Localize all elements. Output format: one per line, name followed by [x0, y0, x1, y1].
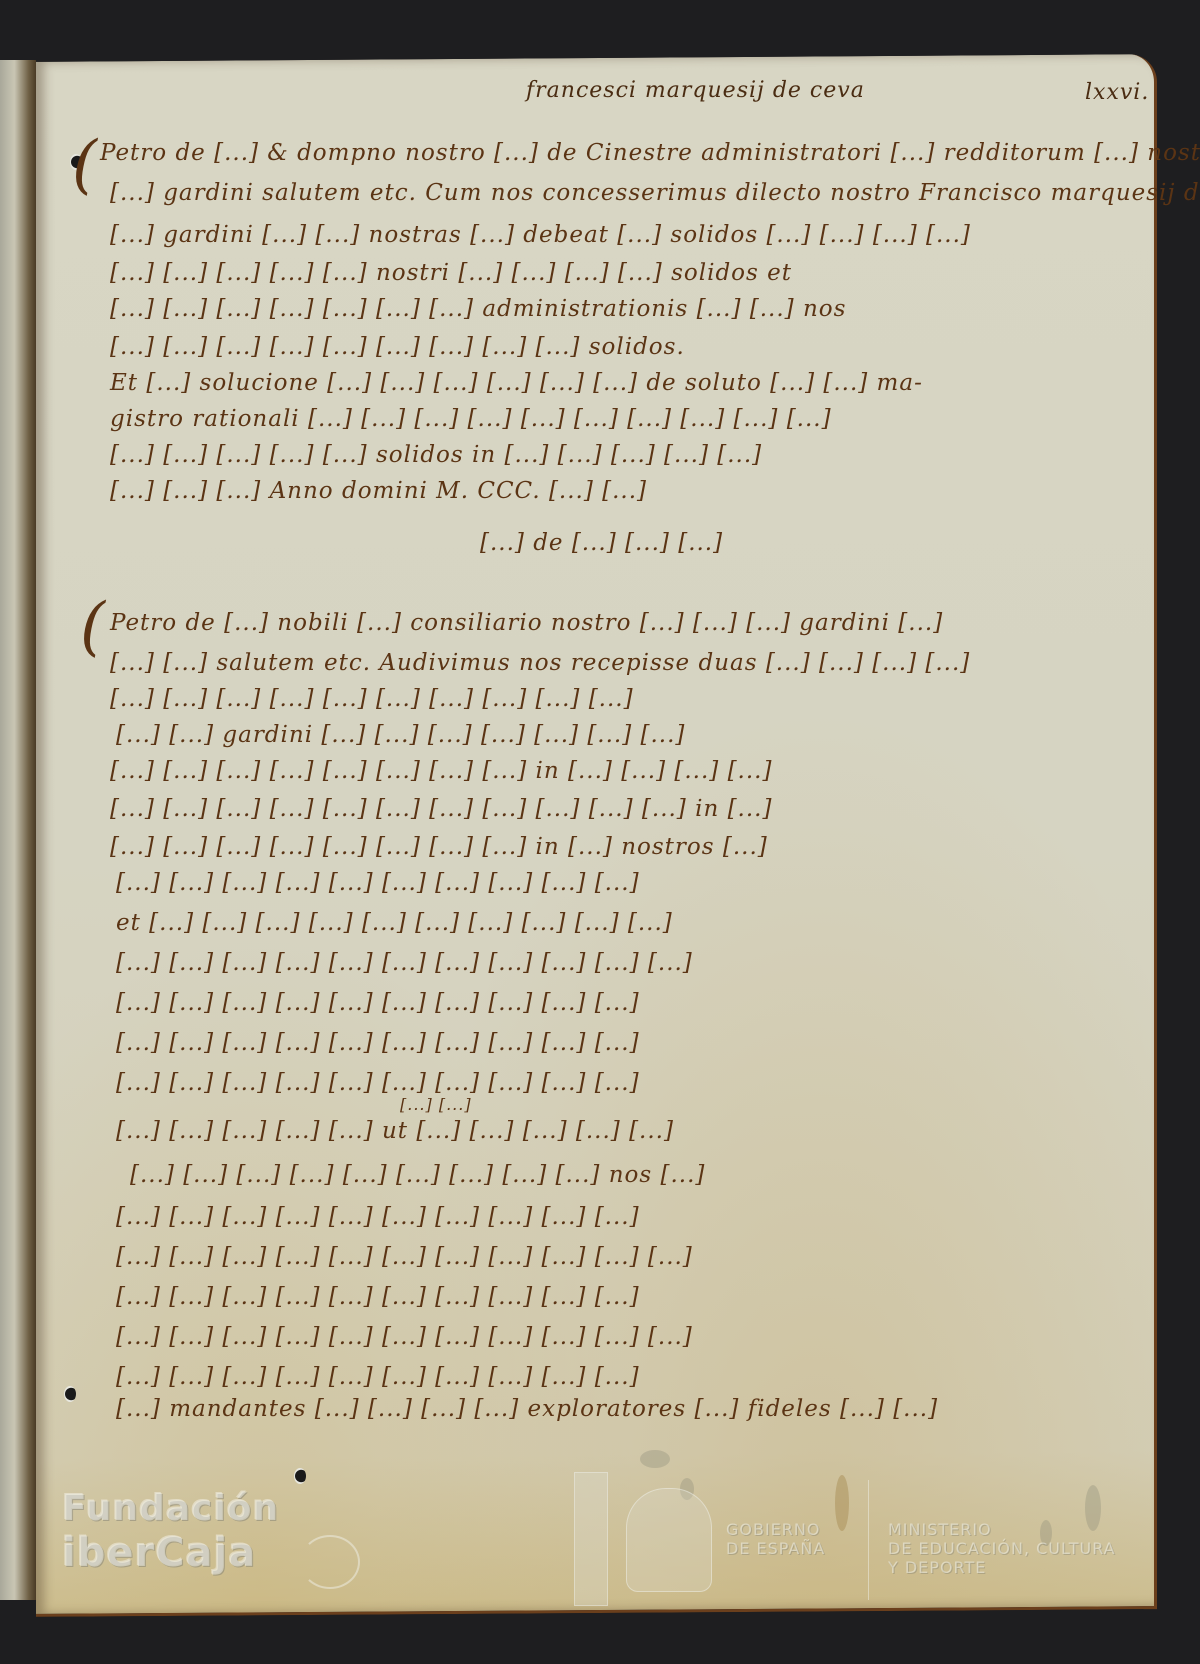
ibercaja-logo-icon	[300, 1535, 360, 1589]
entry2-line: [...] [...] [...] [...] [...] [...] [...…	[130, 1162, 705, 1188]
entry2-line: [...] [...] [...] [...] [...] [...] [...…	[116, 870, 640, 896]
entry2-line: [...] [...] [...] [...] [...] [...] [...…	[110, 686, 634, 712]
entry2-line: [...] [...] [...] [...] [...] [...] [...…	[116, 1030, 640, 1056]
interlinear-note: [...] [...]	[400, 1095, 472, 1114]
entry2-line: [...] [...] [...] [...] [...] [...] [...…	[110, 758, 772, 784]
gobierno-line2: DE ESPAÑA	[726, 1539, 825, 1558]
entry2-line: [...] [...] [...] [...] [...] [...] [...…	[116, 950, 693, 976]
initial-capital: (	[80, 590, 105, 664]
entry2-line: [...] [...] [...] [...] [...] [...] [...…	[110, 796, 772, 822]
entry1-signature: [...] de [...] [...] [...]	[480, 530, 723, 556]
gobierno-watermark: GOBIERNO DE ESPAÑA	[726, 1520, 825, 1558]
ministerio-watermark: MINISTERIO DE EDUCACIÓN, CULTURA Y DEPOR…	[888, 1520, 1116, 1577]
binding-hole	[294, 1468, 306, 1484]
binding-hole	[64, 1386, 76, 1402]
ministerio-line3: Y DEPORTE	[888, 1558, 1116, 1577]
entry2-line: [...] [...] [...] [...] [...] [...] [...…	[116, 1070, 640, 1096]
entry1-line: gistro rationali [...] [...] [...] [...]…	[110, 406, 832, 432]
entry1-line: Et [...] solucione [...] [...] [...] [..…	[110, 370, 923, 396]
entry2-line: [...] [...] [...] [...] [...] ut [...] […	[116, 1118, 674, 1144]
gobierno-line1: GOBIERNO	[726, 1520, 825, 1539]
entry1-line: [...] gardini salutem etc. Cum nos conce…	[110, 180, 1200, 206]
entry1-line: [...] [...] [...] Anno domini M. CCC. [.…	[110, 478, 647, 504]
fundacion-ibercaja-watermark-line2: iberCaja	[62, 1530, 256, 1576]
entry2-line: [...] mandantes [...] [...] [...] [...] …	[116, 1396, 938, 1422]
entry1-line: [...] [...] [...] [...] [...] nostri [..…	[110, 260, 792, 286]
entry2-line: [...] [...] [...] [...] [...] [...] [...…	[116, 1364, 640, 1390]
entry2-line: [...] [...] salutem etc. Audivimus nos r…	[110, 650, 970, 676]
entry2-line: [...] [...] [...] [...] [...] [...] [...…	[116, 1324, 693, 1350]
entry2-line: [...] [...] [...] [...] [...] [...] [...…	[116, 1284, 640, 1310]
spain-coat-of-arms-icon	[626, 1488, 712, 1592]
entry1-line: [...] gardini [...] [...] nostras [...] …	[110, 222, 971, 248]
spain-flag-stripe-icon	[574, 1472, 608, 1606]
entry2-line: [...] [...] [...] [...] [...] [...] [...…	[116, 990, 640, 1016]
folio-header-title: francesci marquesij de ceva	[526, 78, 865, 103]
manuscript-scan: francesci marquesij de ceva lxxvi. ( Pet…	[0, 0, 1200, 1664]
watermark-divider	[868, 1480, 869, 1600]
folio-number: lxxvi.	[1085, 80, 1149, 105]
fundacion-ibercaja-watermark-line1: Fundación	[62, 1488, 279, 1529]
entry2-line: [...] [...] gardini [...] [...] [...] [.…	[116, 722, 685, 748]
entry2-line: Petro de [...] nobili [...] consiliario …	[110, 610, 943, 636]
entry1-line: Petro de [...] & dompno nostro [...] de …	[100, 140, 1200, 166]
initial-capital: (	[72, 128, 97, 202]
entry2-line: [...] [...] [...] [...] [...] [...] [...…	[116, 1244, 693, 1270]
ministerio-line1: MINISTERIO	[888, 1520, 1116, 1539]
stain	[835, 1475, 849, 1531]
facing-page-edge	[0, 60, 36, 1600]
entry2-line: [...] [...] [...] [...] [...] [...] [...…	[116, 1204, 640, 1230]
entry2-line: et [...] [...] [...] [...] [...] [...] […	[116, 910, 673, 936]
entry1-line: [...] [...] [...] [...] [...] [...] [...…	[110, 334, 685, 360]
entry2-line: [...] [...] [...] [...] [...] [...] [...…	[110, 834, 768, 860]
ministerio-line2: DE EDUCACIÓN, CULTURA	[888, 1539, 1116, 1558]
entry1-line: [...] [...] [...] [...] [...] solidos in…	[110, 442, 762, 468]
stain	[640, 1450, 670, 1468]
entry1-line: [...] [...] [...] [...] [...] [...] [...…	[110, 296, 846, 322]
